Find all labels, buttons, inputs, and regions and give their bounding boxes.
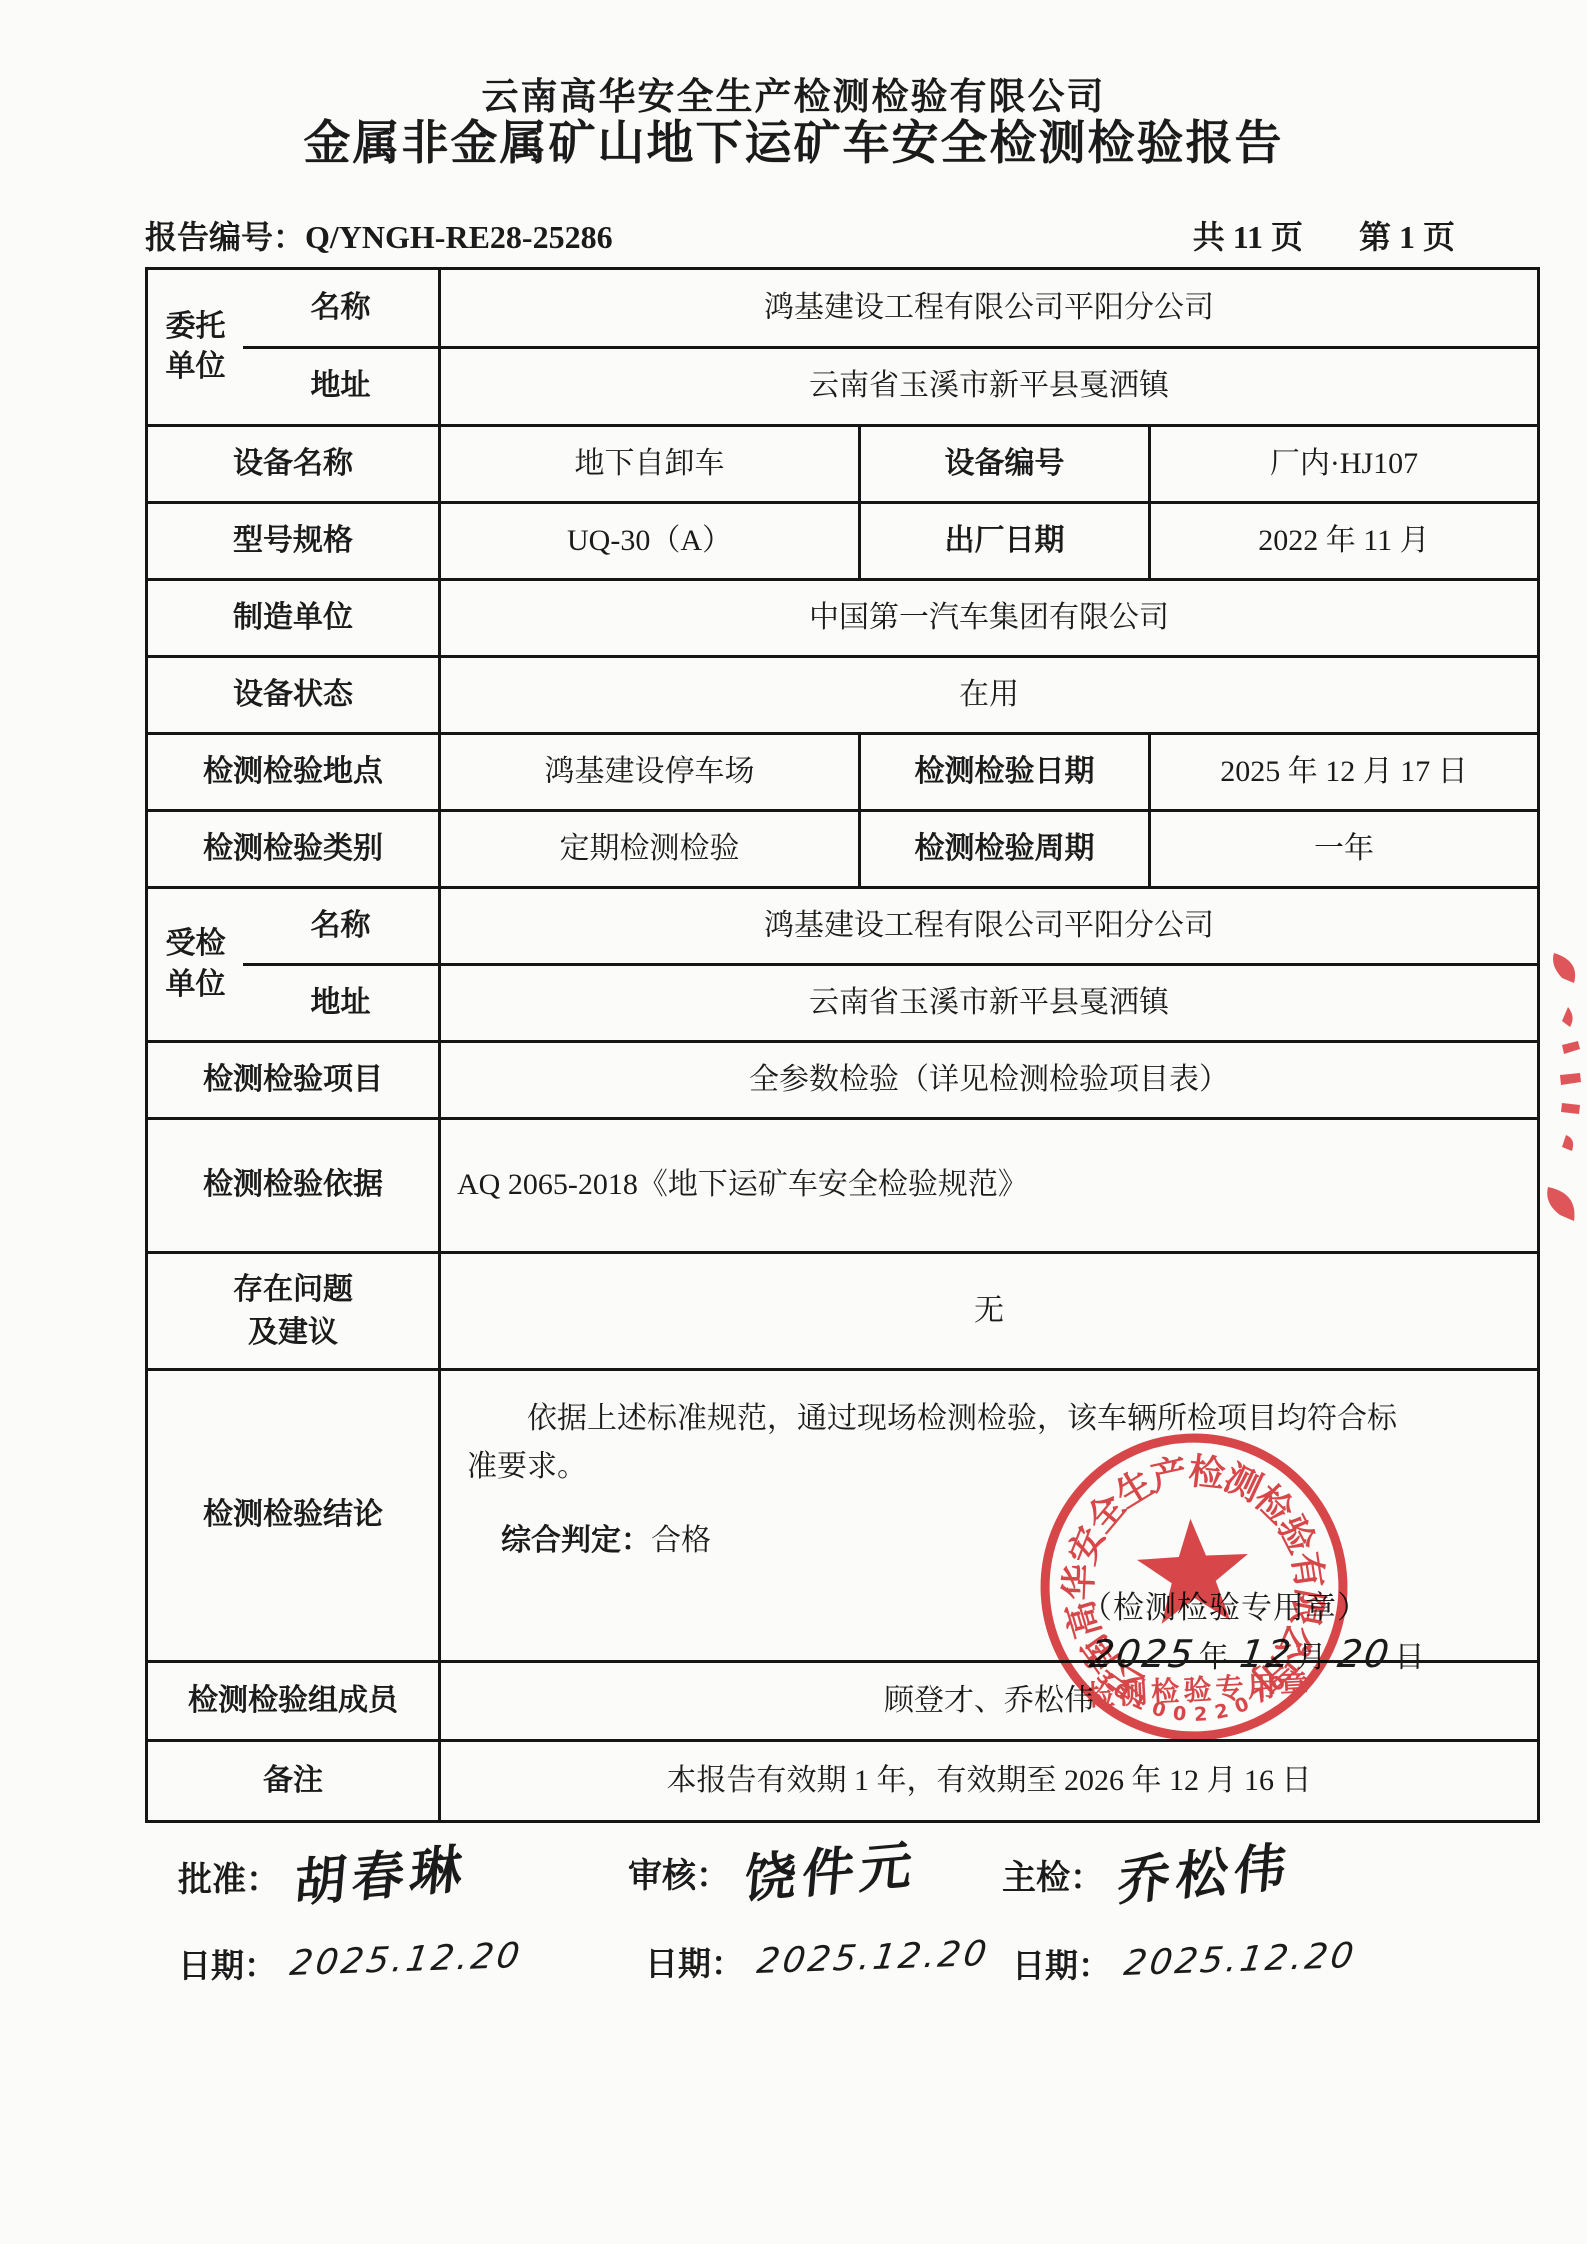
inspect-place-value: 鸿基建设停车场: [438, 735, 858, 809]
svg-text:产: 产: [1147, 1451, 1191, 1499]
inspect-place-label: 检测检验地点: [148, 735, 438, 809]
inspect-cycle-value: 一年: [1148, 812, 1537, 886]
inspect-cycle-label: 检测检验周期: [858, 812, 1148, 886]
device-no-label: 设备编号: [858, 427, 1148, 501]
inspect-date-value: 2025 年 12 月 17 日: [1148, 735, 1537, 809]
chief-date-value: 2025.12.20: [1122, 1936, 1359, 1984]
chief-signature-block: 主检： 乔松伟: [1002, 1850, 1292, 1902]
client-addr-label: 地址: [243, 349, 438, 425]
page-indicator: 共 11 页第 1 页: [1193, 212, 1455, 258]
verdict-value: 合格: [651, 1524, 711, 1557]
table-row: 名称 鸿基建设工程有限公司平阳分公司: [243, 889, 1537, 963]
approve-signature: 胡春琳: [292, 1844, 470, 1912]
conclusion-cell: 依据上述标准规范，通过现场检测检验，该车辆所检项目均符合标准要求。 综合判定：合…: [438, 1371, 1537, 1660]
seal-star: [1135, 1516, 1251, 1625]
table-row: 型号规格 UQ-30（A） 出厂日期 2022 年 11 月: [148, 501, 1537, 578]
device-name-value: 地下自卸车: [438, 427, 858, 501]
approve-date-label: 日期：: [178, 1940, 277, 1987]
client-name-label: 名称: [243, 270, 438, 346]
client-group-label: 委托单位: [148, 270, 243, 424]
remark-label: 备注: [148, 1742, 438, 1820]
approve-date-value: 2025.12.20: [288, 1936, 525, 1984]
device-model-label: 型号规格: [148, 504, 438, 578]
problems-label: 存在问题 及建议: [148, 1254, 438, 1368]
inspected-name-value: 鸿基建设工程有限公司平阳分公司: [438, 889, 1537, 963]
chief-date-block: 日期： 2025.12.20: [1012, 1940, 1355, 1987]
review-date-block: 日期： 2025.12.20: [645, 1938, 988, 1985]
report-number-label: 报告编号：: [145, 219, 305, 255]
client-name-value: 鸿基建设工程有限公司平阳分公司: [438, 270, 1537, 346]
maker-label: 制造单位: [148, 581, 438, 655]
client-addr-value: 云南省玉溪市新平县戛洒镇: [438, 349, 1537, 425]
items-label: 检测检验项目: [148, 1043, 438, 1117]
review-signature-block: 审核： 饶件元: [628, 1848, 918, 1900]
table-row: 存在问题 及建议 无: [148, 1251, 1537, 1368]
items-value: 全参数检验（详见检测检验项目表）: [438, 1043, 1537, 1117]
review-label: 审核：: [628, 1848, 730, 1897]
conclusion-label: 检测检验结论: [148, 1371, 438, 1660]
basis-label: 检测检验依据: [148, 1120, 438, 1251]
basis-value: AQ 2065-2018《地下运矿车安全检验规范》: [438, 1120, 1537, 1251]
table-row: 备注 本报告有效期 1 年，有效期至 2026 年 12 月 16 日: [148, 1739, 1537, 1820]
review-signature: 饶件元: [742, 1840, 920, 1908]
chief-date-label: 日期：: [1012, 1940, 1111, 1987]
device-model-value: UQ-30（A）: [438, 504, 858, 578]
table-row: 检测检验类别 定期检测检验 检测检验周期 一年: [148, 809, 1537, 886]
client-block: 委托单位 名称 鸿基建设工程有限公司平阳分公司 地址 云南省玉溪市新平县戛洒镇: [148, 270, 1537, 424]
chief-label: 主检：: [1002, 1850, 1104, 1899]
table-row: 设备状态 在用: [148, 655, 1537, 732]
page-current: 第 1 页: [1359, 212, 1455, 258]
report-page: 云南高华安全生产检测检验有限公司 金属非金属矿山地下运矿车安全检测检验报告 报告…: [0, 0, 1587, 2244]
table-row: 检测检验项目 全参数检验（详见检测检验项目表）: [148, 1040, 1537, 1117]
remark-value: 本报告有效期 1 年，有效期至 2026 年 12 月 16 日: [438, 1742, 1537, 1820]
inspected-name-label: 名称: [243, 889, 438, 963]
table-row: 设备名称 地下自卸车 设备编号 厂内·HJ107: [148, 424, 1537, 501]
team-label: 检测检验组成员: [148, 1663, 438, 1739]
inspected-addr-value: 云南省玉溪市新平县戛洒镇: [438, 966, 1537, 1040]
table-row: 名称 鸿基建设工程有限公司平阳分公司: [243, 270, 1537, 346]
table-row: 制造单位 中国第一汽车集团有限公司: [148, 578, 1537, 655]
verdict-label: 综合判定：: [501, 1524, 651, 1557]
inspected-addr-label: 地址: [243, 966, 438, 1040]
table-row: 检测检验地点 鸿基建设停车场 检测检验日期 2025 年 12 月 17 日: [148, 732, 1537, 809]
review-date-value: 2025.12.20: [755, 1934, 992, 1982]
inspection-seal-stamp: 云南高华安全生产检测检验有限公司 检测检验专用章 5301002207016: [1025, 1418, 1363, 1756]
device-mfgdate-value: 2022 年 11 月: [1148, 504, 1537, 578]
device-name-label: 设备名称: [148, 427, 438, 501]
svg-text:2: 2: [1193, 1702, 1207, 1726]
inspected-group-label: 受检单位: [148, 889, 243, 1040]
table-row: 地址 云南省玉溪市新平县戛洒镇: [243, 346, 1537, 425]
device-mfgdate-label: 出厂日期: [858, 504, 1148, 578]
status-label: 设备状态: [148, 658, 438, 732]
page-edge-stamp-fragment: [1502, 935, 1587, 1245]
report-number: 报告编号：Q/YNGH-RE28-25286: [145, 212, 613, 258]
approve-label: 批准：: [178, 1852, 280, 1901]
approve-date-block: 日期： 2025.12.20: [178, 1940, 521, 1987]
inspect-type-value: 定期检测检验: [438, 812, 858, 886]
verdict-line: 综合判定：合格: [501, 1521, 711, 1562]
pages-total: 共 11 页: [1193, 219, 1303, 255]
review-date-label: 日期：: [645, 1938, 744, 1985]
table-row: 检测检验依据 AQ 2065-2018《地下运矿车安全检验规范》: [148, 1117, 1537, 1251]
chief-signature: 乔松伟: [1116, 1842, 1294, 1910]
inspect-date-label: 检测检验日期: [858, 735, 1148, 809]
report-title: 金属非金属矿山地下运矿车安全检测检验报告: [0, 106, 1587, 173]
svg-text:华: 华: [1058, 1563, 1100, 1601]
svg-text:0: 0: [1172, 1701, 1188, 1725]
maker-value: 中国第一汽车集团有限公司: [438, 581, 1537, 655]
status-value: 在用: [438, 658, 1537, 732]
approve-signature-block: 批准： 胡春琳: [178, 1852, 468, 1904]
device-no-value: 厂内·HJ107: [1148, 427, 1537, 501]
table-row: 地址 云南省玉溪市新平县戛洒镇: [243, 963, 1537, 1040]
report-meta-line: 报告编号：Q/YNGH-RE28-25286 共 11 页第 1 页: [145, 212, 1455, 258]
inspected-block: 受检单位 名称 鸿基建设工程有限公司平阳分公司 地址 云南省玉溪市新平县戛洒镇: [148, 886, 1537, 1040]
report-number-value: Q/YNGH-RE28-25286: [305, 219, 613, 255]
svg-text:有: 有: [1285, 1549, 1330, 1591]
problems-value: 无: [438, 1254, 1537, 1368]
inspect-type-label: 检测检验类别: [148, 812, 438, 886]
